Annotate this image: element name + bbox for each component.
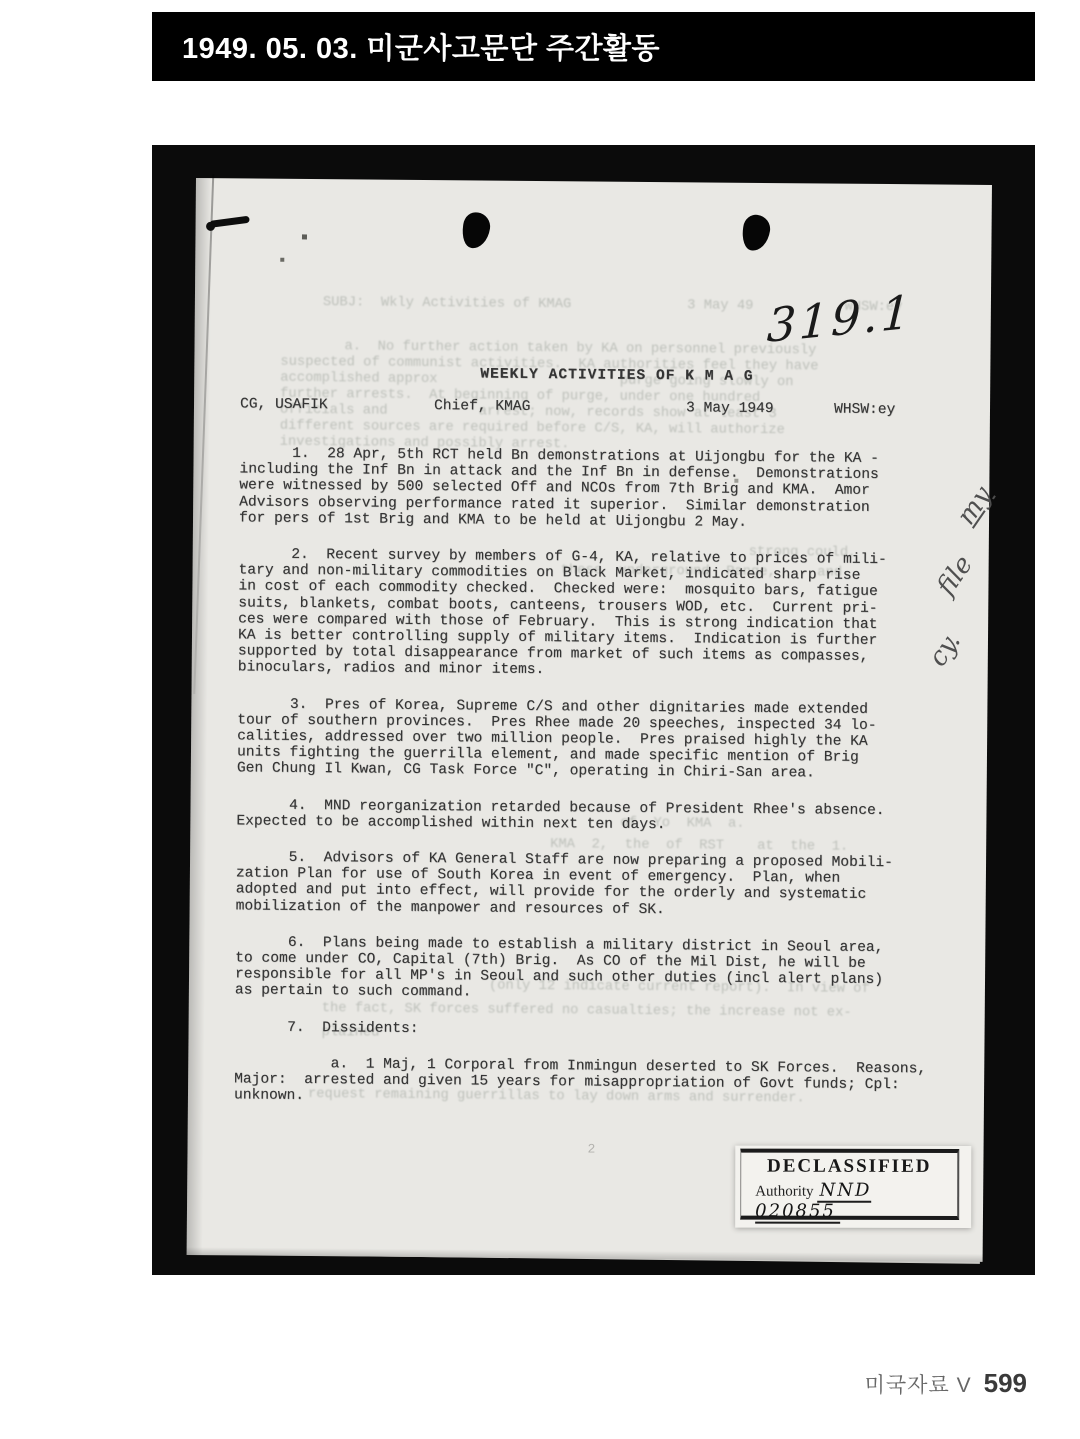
paper-crease	[193, 174, 214, 694]
ghost-bleedthrough-layer: SUBJ: Wkly Activities of KMAG 3 May 49 W…	[196, 178, 992, 185]
paragraph: a. 1 Maj, 1 Corporal from Inmingun deser…	[234, 1055, 920, 1110]
margin-note-word: my	[951, 481, 998, 530]
document-title: WEEKLY ACTIVITIES OF K M A G	[480, 366, 753, 384]
reference-initials: WHSW:ey	[834, 402, 895, 419]
margin-note-word: file	[931, 550, 979, 601]
paragraph: 6. Plans being made to establish a milit…	[235, 934, 922, 1005]
document-paper: SUBJ: Wkly Activities of KMAG 3 May 49 W…	[187, 178, 992, 1262]
banner-title: 1949. 05. 03. 미군사고문단 주간활동	[152, 26, 660, 67]
paragraph: 3. Pres of Korea, Supreme C/S and other …	[237, 696, 924, 783]
scanned-document-area: SUBJ: Wkly Activities of KMAG 3 May 49 W…	[152, 145, 1035, 1275]
declassified-stamp-authority: AuthorityNND 020855	[755, 1180, 957, 1222]
paragraph: 1. 28 Apr, 5th RCT held Bn demonstration…	[239, 445, 926, 532]
page-footer: 미국자료 V 599	[865, 1368, 1027, 1399]
addressee: CG, USAFIK	[240, 396, 328, 413]
paragraph: 7. Dissidents:	[235, 1019, 921, 1041]
margin-note-word: cy.	[923, 627, 967, 672]
document-date: 3 May 1949	[686, 400, 774, 417]
page-number-faint: 2	[587, 1141, 595, 1156]
footer-series-label: 미국자료 V	[865, 1369, 972, 1399]
handwritten-margin-note: myfilecy.	[927, 482, 999, 723]
paragraph: 4. MND reorganization retarded because o…	[236, 797, 922, 835]
paper-specks	[196, 178, 198, 180]
paragraph: 5. Advisors of KA General Staff are now …	[236, 849, 923, 920]
pen-mark	[209, 216, 250, 228]
declassified-stamp-border: DECLASSIFIED AuthorityNND 020855	[740, 1149, 959, 1220]
title-banner: 1949. 05. 03. 미군사고문단 주간활동	[152, 12, 1035, 81]
declassified-stamp-title: DECLASSIFIED	[741, 1156, 957, 1178]
footer-page-number: 599	[984, 1368, 1027, 1399]
originator: Chief, KMAG	[434, 398, 530, 415]
authority-label: Authority	[755, 1184, 813, 1200]
punch-hole-right	[740, 213, 772, 253]
typewritten-line: 7. Dissidents:	[235, 1019, 921, 1041]
punch-hole-left	[460, 211, 492, 251]
handwritten-file-number: 319.1	[766, 284, 914, 353]
document-body: 1. 28 Apr, 5th RCT held Bn demonstration…	[234, 445, 926, 1109]
paragraph: 2. Recent survey by members of G-4, KA, …	[238, 546, 925, 682]
declassified-stamp: DECLASSIFIED AuthorityNND 020855	[735, 1146, 971, 1228]
